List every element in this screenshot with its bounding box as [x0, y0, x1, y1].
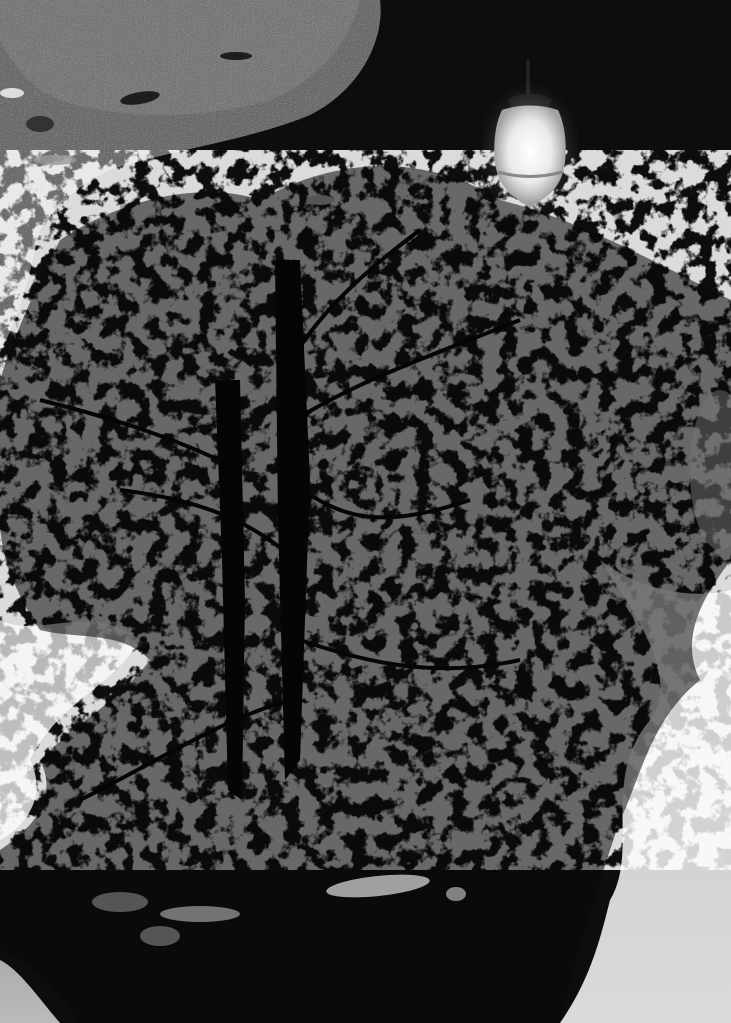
puddle-reflection-photo: Black-and-white photograph of a tree and…: [0, 0, 731, 1023]
photo-canvas: [0, 0, 731, 1023]
